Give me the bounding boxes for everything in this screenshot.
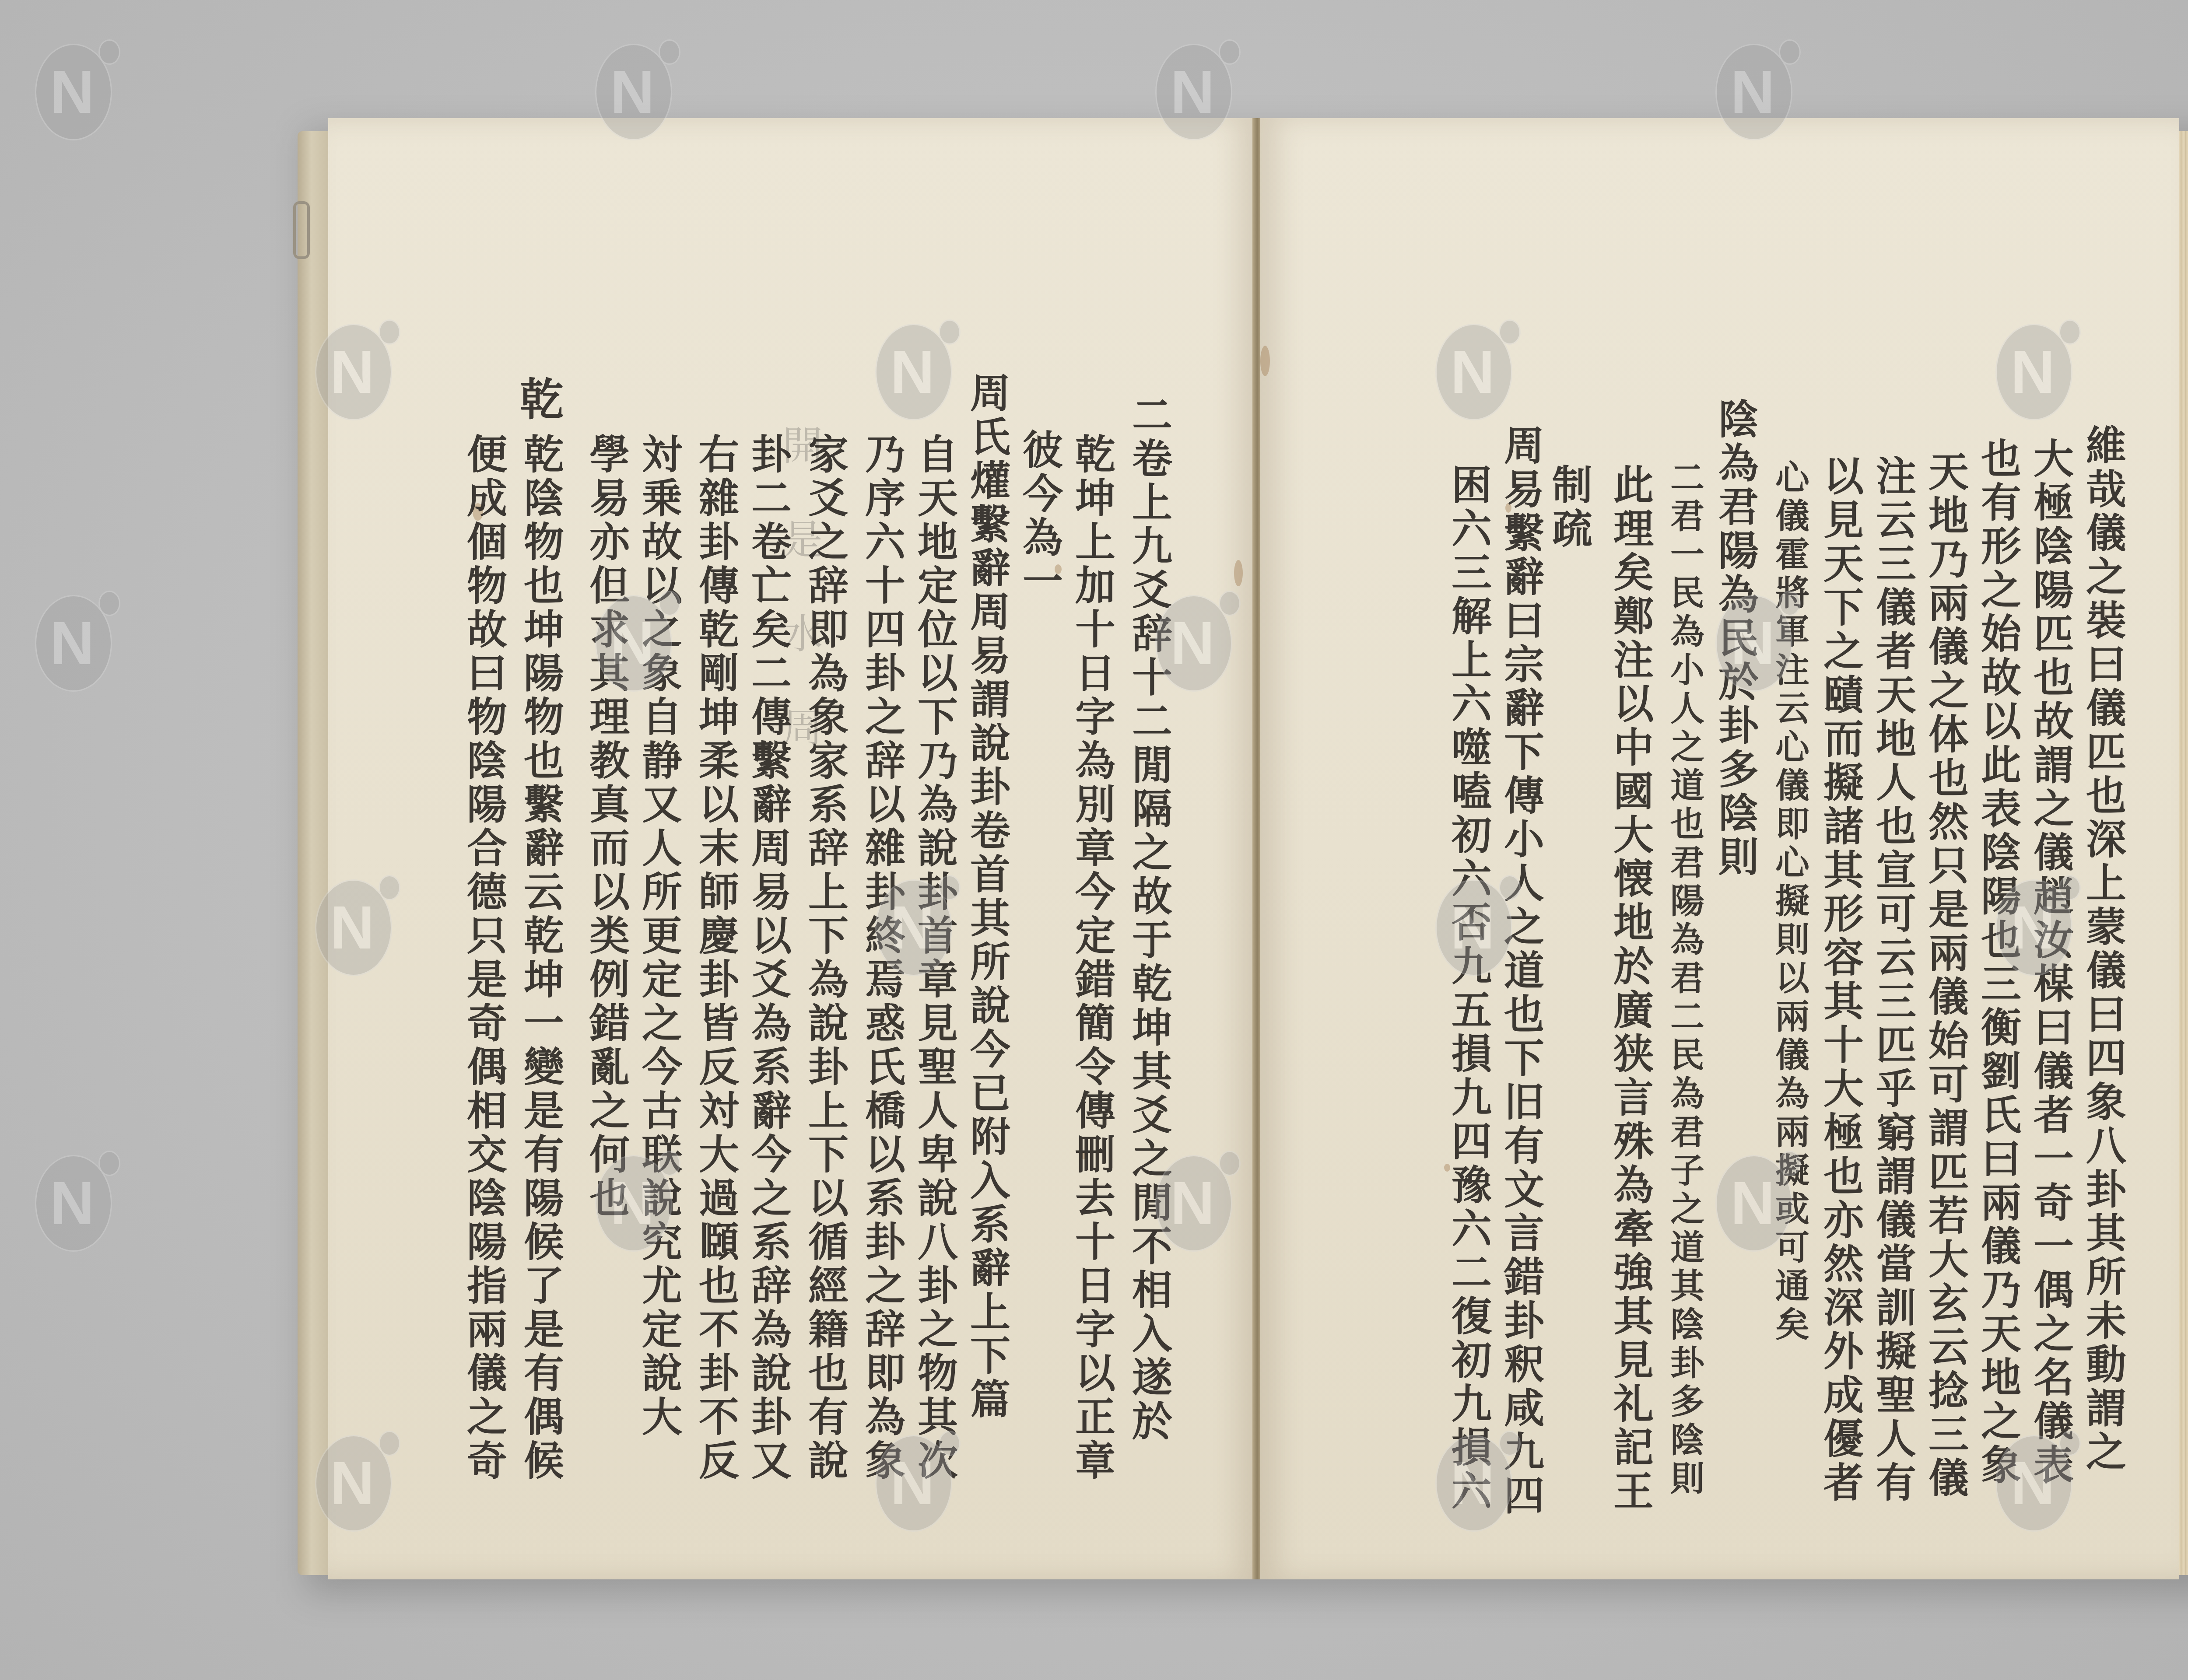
text-column: 天地乃兩儀之体也然只是兩儀始可謂匹若大玄云捻三儀 [1925,451,1966,1562]
text-column: 困六三解上六噬嗑初六否九五損九四豫六二復初九損六 [1448,464,1489,1566]
section-heading: 乾 [516,376,560,437]
text-column: 彼今為一 [1020,429,1060,604]
text-column: 乃序六十四卦之辞以雜卦終焉惑氏橋以系卦之辞即為象 [862,433,902,1553]
text-column: 陰為君陽為民於卦多陰則 [1715,398,1756,1536]
left-page: 開 是 水 周 二卷上九爻辞十二閒隔之故于乾坤其爻之閒不相入遂於 乾坤上加十日字… [328,118,1256,1579]
book-left-edge [298,131,333,1575]
right-page: 維哉儀之裝曰儀匹也深上蒙儀曰四象八卦其所未動謂之 大極陰陽匹也故謂之儀趙汝楳曰儀… [1260,118,2179,1579]
text-column: 此理矣鄭注以中國大懐地於廣狭言殊為牽強其見礼記王 [1610,464,1651,1566]
watermark-logo: N [18,17,118,140]
text-column: 二君一民為小人之道也君陽為君二民為君子之道其陰卦多陰則 [1667,459,1701,1562]
text-column: 二卷上九爻辞十二閒隔之故于乾坤其爻之閒不相入遂於 [1129,394,1169,1549]
text-column: 制疏 [1549,464,1589,595]
watermark-logo: N [18,1129,118,1251]
text-column: 也有形之始故以此表陰陽也三衡劉氏曰兩儀乃天地之象 [1978,437,2018,1566]
text-column: 學易亦但求其理教真而以类例錯亂之何也 [586,433,627,1308]
text-column: 右雜卦傳乾剛坤柔以末師慶卦皆反対大過頥也不卦不反 [696,433,736,1553]
paper-stain [1234,560,1243,586]
text-column: 便成個物故曰物陰陽合德只是奇偶相交陰陽指兩儀之奇 [464,433,504,1553]
text-column: 家爻之辞即為象家系辞上下為說卦上下以循經籍也有說 [805,433,845,1553]
text-column: 大極陰陽匹也故謂之儀趙汝楳曰儀者一奇一偶之名儀表 [2030,437,2071,1566]
text-column: 以見天下之賾而擬諸其形容其十大極也亦然深外成優者 [1820,455,1861,1566]
text-column: 周易繫辭曰宗辭下傳小人之道也下旧有文言錯卦釈咸九四 [1501,424,1541,1562]
watermark-logo: N [18,569,118,691]
text-column: 維哉儀之裝曰儀匹也深上蒙儀曰四象八卦其所未動謂之 [2083,424,2123,1562]
binding-thread [293,201,310,259]
text-column: 乾陰物也坤陽物也繫辭云乾坤一變是有陽候了是有偶候 [521,433,561,1553]
text-column: 対乗故以之象自静又人所更定之今古联說究尤定說大 [639,433,679,1553]
text-column: 心儀霍將軍注云心儀即心擬則以兩儀為兩擬或可通矣 [1772,459,1806,1562]
paper-stain [1260,346,1270,376]
text-column: 周氏爟繫辭周易謂說卦卷首其所說今已附入系辭上下篇 [967,372,1007,1509]
text-column: 注云三儀者天地人也宣可云三匹乎窮謂儀當訓擬聖人有 [1873,455,1913,1566]
text-column: 乾坤上加十日字為別章今定錯簡令傳刪去十日字以正章 [1072,433,1112,1553]
text-column: 卦二卷亡矣二傳繫辭周易以爻為系辭今之系辞為說卦又 [748,433,789,1553]
text-column: 自天地定位以下乃為說卦首章見聖人卑說八卦之物其次 [915,433,955,1553]
